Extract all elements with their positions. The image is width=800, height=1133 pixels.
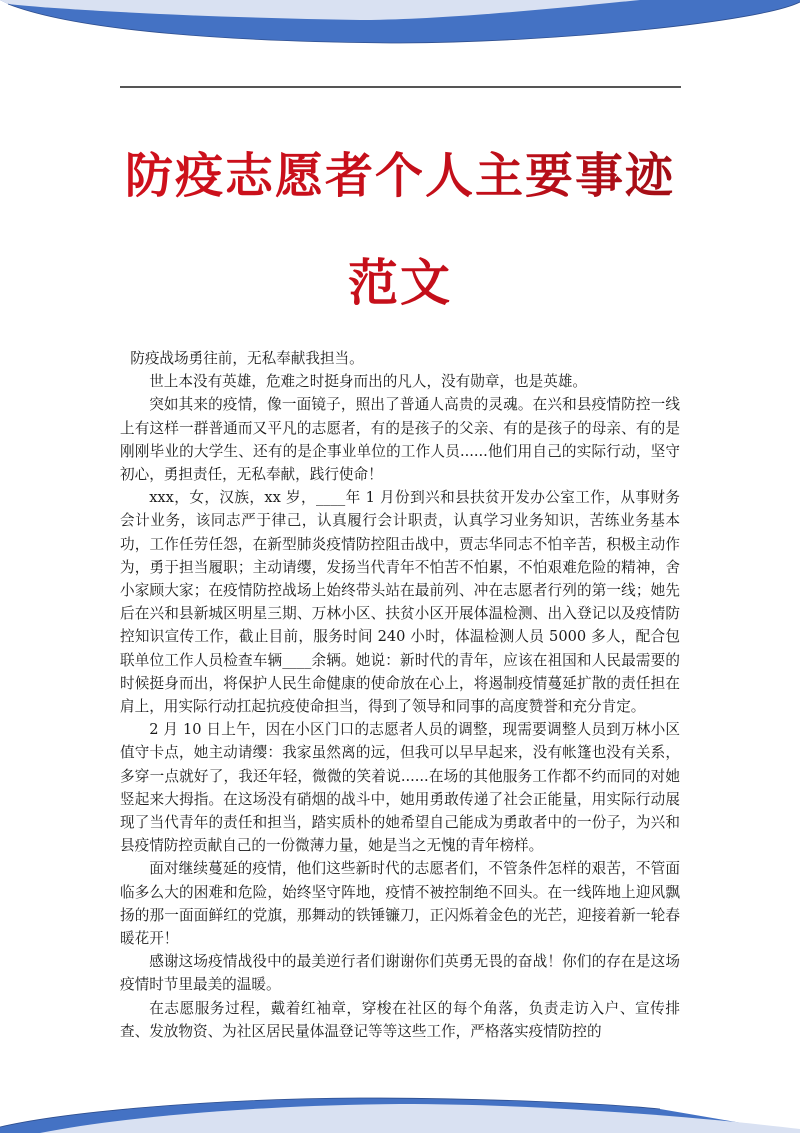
top-banner-decoration (0, 0, 800, 50)
document-subtitle: 范文 (0, 253, 800, 313)
paragraph: 2 月 10 日上午，因在小区门口的志愿者人员的调整，现需要调整人员到万林小区值… (120, 718, 680, 857)
paragraph: 防疫战场勇往前，无私奉献我担当。 (120, 347, 680, 370)
document-title: 防疫志愿者个人主要事迹 (0, 148, 800, 204)
paragraph: xxx，女，汉族，xx 岁，____年 1 月份到兴和县扶贫开发办公室工作，从事… (120, 486, 680, 718)
document-body: 防疫战场勇往前，无私奉献我担当。 世上本没有英雄，危难之时挺身而出的凡人，没有勋… (120, 347, 680, 1043)
paragraph: 在志愿服务过程，戴着红袖章，穿梭在社区的每个角落，负责走访入户、宣传排查、发放物… (120, 997, 680, 1043)
paragraph: 世上本没有英雄，危难之时挺身而出的凡人，没有勋章，也是英雄。 (120, 370, 680, 393)
paragraph: 感谢这场疫情战役中的最美逆行者们谢谢你们英勇无畏的奋战！你们的存在是这场疫情时节… (120, 950, 680, 996)
paragraph: 突如其来的疫情，像一面镜子，照出了普通人高贵的灵魂。在兴和县疫情防控一线上有这样… (120, 393, 680, 486)
paragraph: 面对继续蔓延的疫情，他们这些新时代的志愿者们，不管条件怎样的艰苦，不管面临多么大… (120, 857, 680, 950)
bottom-banner-decoration (0, 1083, 800, 1133)
header-rule (120, 86, 681, 88)
